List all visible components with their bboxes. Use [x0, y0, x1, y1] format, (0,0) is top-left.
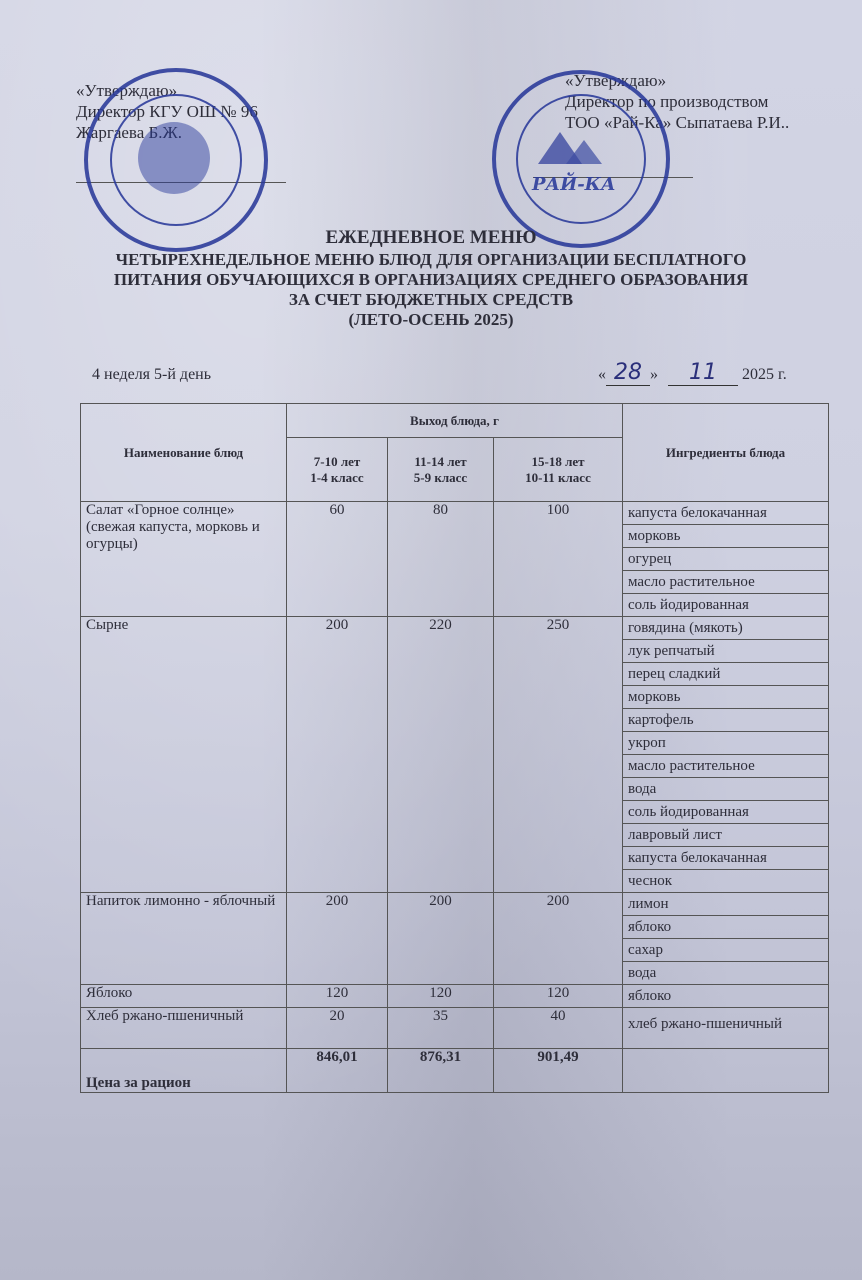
ingredient-item: соль йодированная: [623, 594, 828, 616]
subtitle-line: ЗА СЧЕТ БЮДЖЕТНЫХ СРЕДСТВ: [0, 290, 862, 310]
ingredient-item: вода: [623, 778, 828, 801]
dish-name: Хлеб ржано-пшеничный: [81, 1008, 287, 1049]
ingredient-item: масло растительное: [623, 571, 828, 594]
school-stamp-icon: [84, 68, 268, 252]
ingredient-item: лимон: [623, 893, 828, 916]
ingredient-item: лавровый лист: [623, 824, 828, 847]
price-p2: 876,31: [388, 1049, 494, 1093]
dish-name: Яблоко: [81, 985, 287, 1008]
ingredient-item: капуста белокачанная: [623, 502, 828, 525]
dish-name: Салат «Горное солнце» (свежая капуста, м…: [81, 502, 287, 617]
ingredients-cell: хлеб ржано-пшеничный: [623, 1008, 829, 1049]
ingredient-item: сахар: [623, 939, 828, 962]
company-stamp-icon: РАЙ-КА: [492, 70, 670, 248]
dish-name: Напиток лимонно - яблочный: [81, 893, 287, 985]
table-row: Яблоко120120120яблоко: [81, 985, 829, 1008]
subtitle-line: (ЛЕТО-ОСЕНЬ 2025): [0, 310, 862, 330]
price-p3: 901,49: [494, 1049, 623, 1093]
yield-11-14: 80: [388, 502, 494, 617]
ingredient-item: масло растительное: [623, 755, 828, 778]
header-ingredients: Ингредиенты блюда: [623, 404, 829, 502]
ingredient-item: морковь: [623, 525, 828, 548]
ingredient-item: вода: [623, 962, 828, 984]
price-empty: [623, 1049, 829, 1093]
yield-15-18: 250: [494, 617, 623, 893]
dish-name: Сырне: [81, 617, 287, 893]
ingredients-cell: капуста белокачаннаяморковьогурецмасло р…: [623, 502, 829, 617]
header-yield: Выход блюда, г: [287, 404, 623, 438]
yield-11-14: 200: [388, 893, 494, 985]
ingredient-item: хлеб ржано-пшеничный: [623, 1008, 828, 1048]
ingredient-item: капуста белокачанная: [623, 847, 828, 870]
page-subtitle: ЧЕТЫРЕХНЕДЕЛЬНОЕ МЕНЮ БЛЮД ДЛЯ ОРГАНИЗАЦ…: [0, 250, 862, 330]
yield-11-14: 35: [388, 1008, 494, 1049]
ingredients-cell: яблоко: [623, 985, 829, 1008]
table-row: Напиток лимонно - яблочный200200200лимон…: [81, 893, 829, 985]
ingredient-item: яблоко: [623, 985, 828, 1007]
ingredient-item: соль йодированная: [623, 801, 828, 824]
ingredient-item: морковь: [623, 686, 828, 709]
table-row: Сырне200220250говядина (мякоть)лук репча…: [81, 617, 829, 893]
ingredient-item: перец сладкий: [623, 663, 828, 686]
header-age-15-18: 15-18 лет10-11 класс: [494, 438, 623, 502]
header-dish-name: Наименование блюд: [81, 404, 287, 502]
date-month: 11: [668, 360, 738, 386]
table-row: Салат «Горное солнце» (свежая капуста, м…: [81, 502, 829, 617]
yield-7-10: 120: [287, 985, 388, 1008]
ingredients-cell: говядина (мякоть)лук репчатыйперец сладк…: [623, 617, 829, 893]
yield-11-14: 220: [388, 617, 494, 893]
subtitle-line: ПИТАНИЯ ОБУЧАЮЩИХСЯ В ОРГАНИЗАЦИЯХ СРЕДН…: [0, 270, 862, 290]
price-label: Цена за рацион: [81, 1049, 287, 1093]
date-year: 2025 г.: [742, 366, 787, 383]
table-row: Хлеб ржано-пшеничный203540хлеб ржано-пше…: [81, 1008, 829, 1049]
ingredient-item: лук репчатый: [623, 640, 828, 663]
yield-7-10: 200: [287, 617, 388, 893]
price-p1: 846,01: [287, 1049, 388, 1093]
ingredient-item: огурец: [623, 548, 828, 571]
yield-11-14: 120: [388, 985, 494, 1008]
ingredient-item: картофель: [623, 709, 828, 732]
yield-7-10: 200: [287, 893, 388, 985]
ingredient-item: чеснок: [623, 870, 828, 892]
date-field: «28» 11 2025 г.: [598, 360, 787, 386]
yield-15-18: 100: [494, 502, 623, 617]
ingredient-item: говядина (мякоть): [623, 617, 828, 640]
ingredient-item: укроп: [623, 732, 828, 755]
header-age-11-14: 11-14 лет5-9 класс: [388, 438, 494, 502]
date-day: 28: [606, 360, 650, 386]
price-row: Цена за рацион846,01876,31901,49: [81, 1049, 829, 1093]
date-quote: «: [598, 366, 606, 383]
yield-7-10: 60: [287, 502, 388, 617]
date-quote: »: [650, 366, 658, 383]
yield-7-10: 20: [287, 1008, 388, 1049]
stamp-brand: РАЙ-КА: [532, 174, 616, 195]
header-age-7-10: 7-10 лет1-4 класс: [287, 438, 388, 502]
ingredients-cell: лимоняблокосахарвода: [623, 893, 829, 985]
yield-15-18: 200: [494, 893, 623, 985]
page-title: ЕЖЕДНЕВНОЕ МЕНЮ: [0, 227, 862, 249]
subtitle-line: ЧЕТЫРЕХНЕДЕЛЬНОЕ МЕНЮ БЛЮД ДЛЯ ОРГАНИЗАЦ…: [0, 250, 862, 270]
yield-15-18: 40: [494, 1008, 623, 1049]
menu-table: Наименование блюд Выход блюда, г Ингреди…: [80, 403, 829, 1093]
yield-15-18: 120: [494, 985, 623, 1008]
week-day-label: 4 неделя 5-й день: [92, 366, 211, 384]
ingredient-item: яблоко: [623, 916, 828, 939]
